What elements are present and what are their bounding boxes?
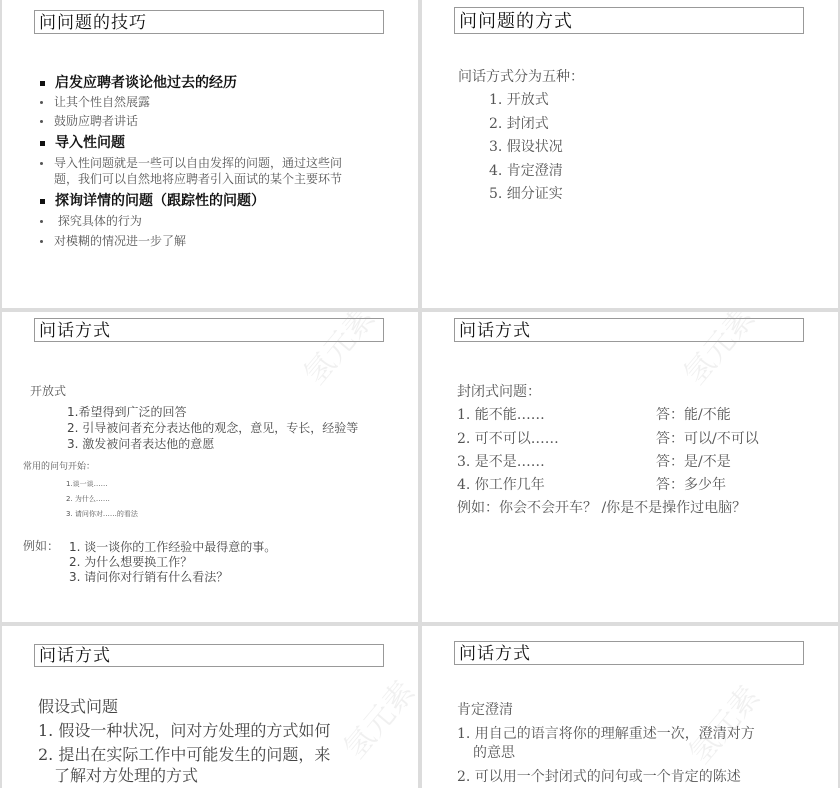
slide-1[interactable]: 问问题的技巧 启发应聘者谈论他过去的经历 让其个性自然展露 鼓励应聘者讲话 导入…: [2, 0, 418, 308]
list-item: 5. 细分证实: [489, 183, 563, 203]
slide-title: 问问题的方式: [454, 7, 804, 34]
slide-title: 问话方式: [454, 641, 804, 665]
bullet-sub: 鼓励应聘者讲话: [40, 112, 138, 129]
watermark: 氢元素: [331, 669, 418, 766]
square-bullet-icon: [40, 199, 45, 204]
line-item: 1. 用自己的语言将你的理解重述一次，澄清对方: [457, 723, 755, 743]
slide-2[interactable]: 问问题的方式 问话方式分为五种： 1. 开放式 2. 封闭式 3. 假设状况 4…: [422, 0, 838, 308]
section-heading: 假设式问题: [38, 694, 118, 717]
common-item: 1.谈一谈……: [66, 479, 108, 489]
bullet-sub: 让其个性自然展露: [40, 93, 150, 110]
bullet-sub: 探究具体的行为: [40, 212, 142, 229]
slide-6[interactable]: 氢元素 问话方式 肯定澄清 1. 用自己的语言将你的理解重述一次，澄清对方 的意…: [422, 626, 838, 788]
section-heading: 开放式: [30, 382, 66, 399]
list-item: 1. 开放式: [489, 89, 549, 109]
line-item-continuation: 的意思: [473, 742, 515, 762]
question-item: 2. 可不可以……: [457, 428, 559, 448]
answer-item: 答：可以/不可以: [656, 428, 759, 448]
slide-4[interactable]: 氢元素 问话方式 封闭式问题： 1. 能不能…… 答：能/不能 2. 可不可以……: [422, 312, 838, 622]
question-item: 3. 是不是……: [457, 451, 545, 471]
point-item: 1.希望得到广泛的回答: [67, 403, 186, 420]
answer-item: 答：多少年: [656, 474, 726, 494]
square-bullet-icon: [40, 141, 45, 146]
question-item: 4. 你工作几年: [457, 474, 545, 494]
bullet-main: 探询详情的问题（跟踪性的问题）: [40, 190, 265, 210]
section-heading: 封闭式问题：: [457, 381, 541, 401]
answer-item: 答：能/不能: [656, 404, 731, 424]
line-item: 2. 可以用一个封闭式的问句或一个肯定的陈述: [457, 766, 741, 786]
dot-bullet-icon: [40, 240, 43, 243]
bullet-sub: 导入性问题就是一些可以自由发挥的问题，通过这些问: [40, 154, 342, 171]
line-item: 2. 提出在实际工作中可能发生的问题，来: [38, 742, 330, 765]
list-item: 3. 假设状况: [489, 136, 563, 156]
bullet-main: 导入性问题: [40, 132, 125, 152]
example-item: 3. 请问你对行销有什么看法？: [69, 568, 228, 585]
slide-title: 问话方式: [34, 644, 384, 667]
dot-bullet-icon: [40, 101, 43, 104]
list-item: 4. 肯定澄清: [489, 160, 563, 180]
answer-item: 答：是/不是: [656, 451, 731, 471]
dot-bullet-icon: [40, 220, 43, 223]
common-label: 常用的问句开始：: [23, 459, 95, 472]
point-item: 2. 引导被问者充分表达他的观念，意见，专长，经验等: [67, 419, 358, 436]
slide-3[interactable]: 氢元素 问话方式 开放式 1.希望得到广泛的回答 2. 引导被问者充分表达他的观…: [2, 312, 418, 622]
line-item: 1. 假设一种状况，问对方处理的方式如何: [38, 718, 330, 741]
slide-title: 问话方式: [34, 318, 384, 342]
bullet-sub: 对模糊的情况进一步了解: [40, 232, 186, 249]
square-bullet-icon: [40, 81, 45, 86]
bullet-sub-continuation: 题，我们可以自然地将应聘者引入面试的某个主要环节: [54, 170, 342, 187]
line-item-continuation: 了解对方处理的方式: [54, 763, 198, 786]
slide-5[interactable]: 氢元素 问话方式 假设式问题 1. 假设一种状况，问对方处理的方式如何 2. 提…: [2, 626, 418, 788]
point-item: 3. 激发被问者表达他的意愿: [67, 435, 214, 452]
bullet-main: 启发应聘者谈论他过去的经历: [40, 72, 237, 92]
slide-title: 问问题的技巧: [34, 10, 384, 34]
slide-title: 问话方式: [454, 318, 804, 342]
section-heading: 肯定澄清: [457, 699, 513, 719]
intro-text: 问话方式分为五种：: [458, 66, 584, 86]
example-label: 例如：: [23, 537, 59, 554]
dot-bullet-icon: [40, 120, 43, 123]
example-text: 例如：你会不会开车？ /你是不是操作过电脑？: [457, 497, 746, 517]
question-item: 1. 能不能……: [457, 404, 545, 424]
list-item: 2. 封闭式: [489, 113, 549, 133]
common-item: 3. 请问你对……的看法: [66, 509, 138, 519]
common-item: 2. 为什么……: [66, 494, 110, 504]
dot-bullet-icon: [40, 162, 43, 165]
